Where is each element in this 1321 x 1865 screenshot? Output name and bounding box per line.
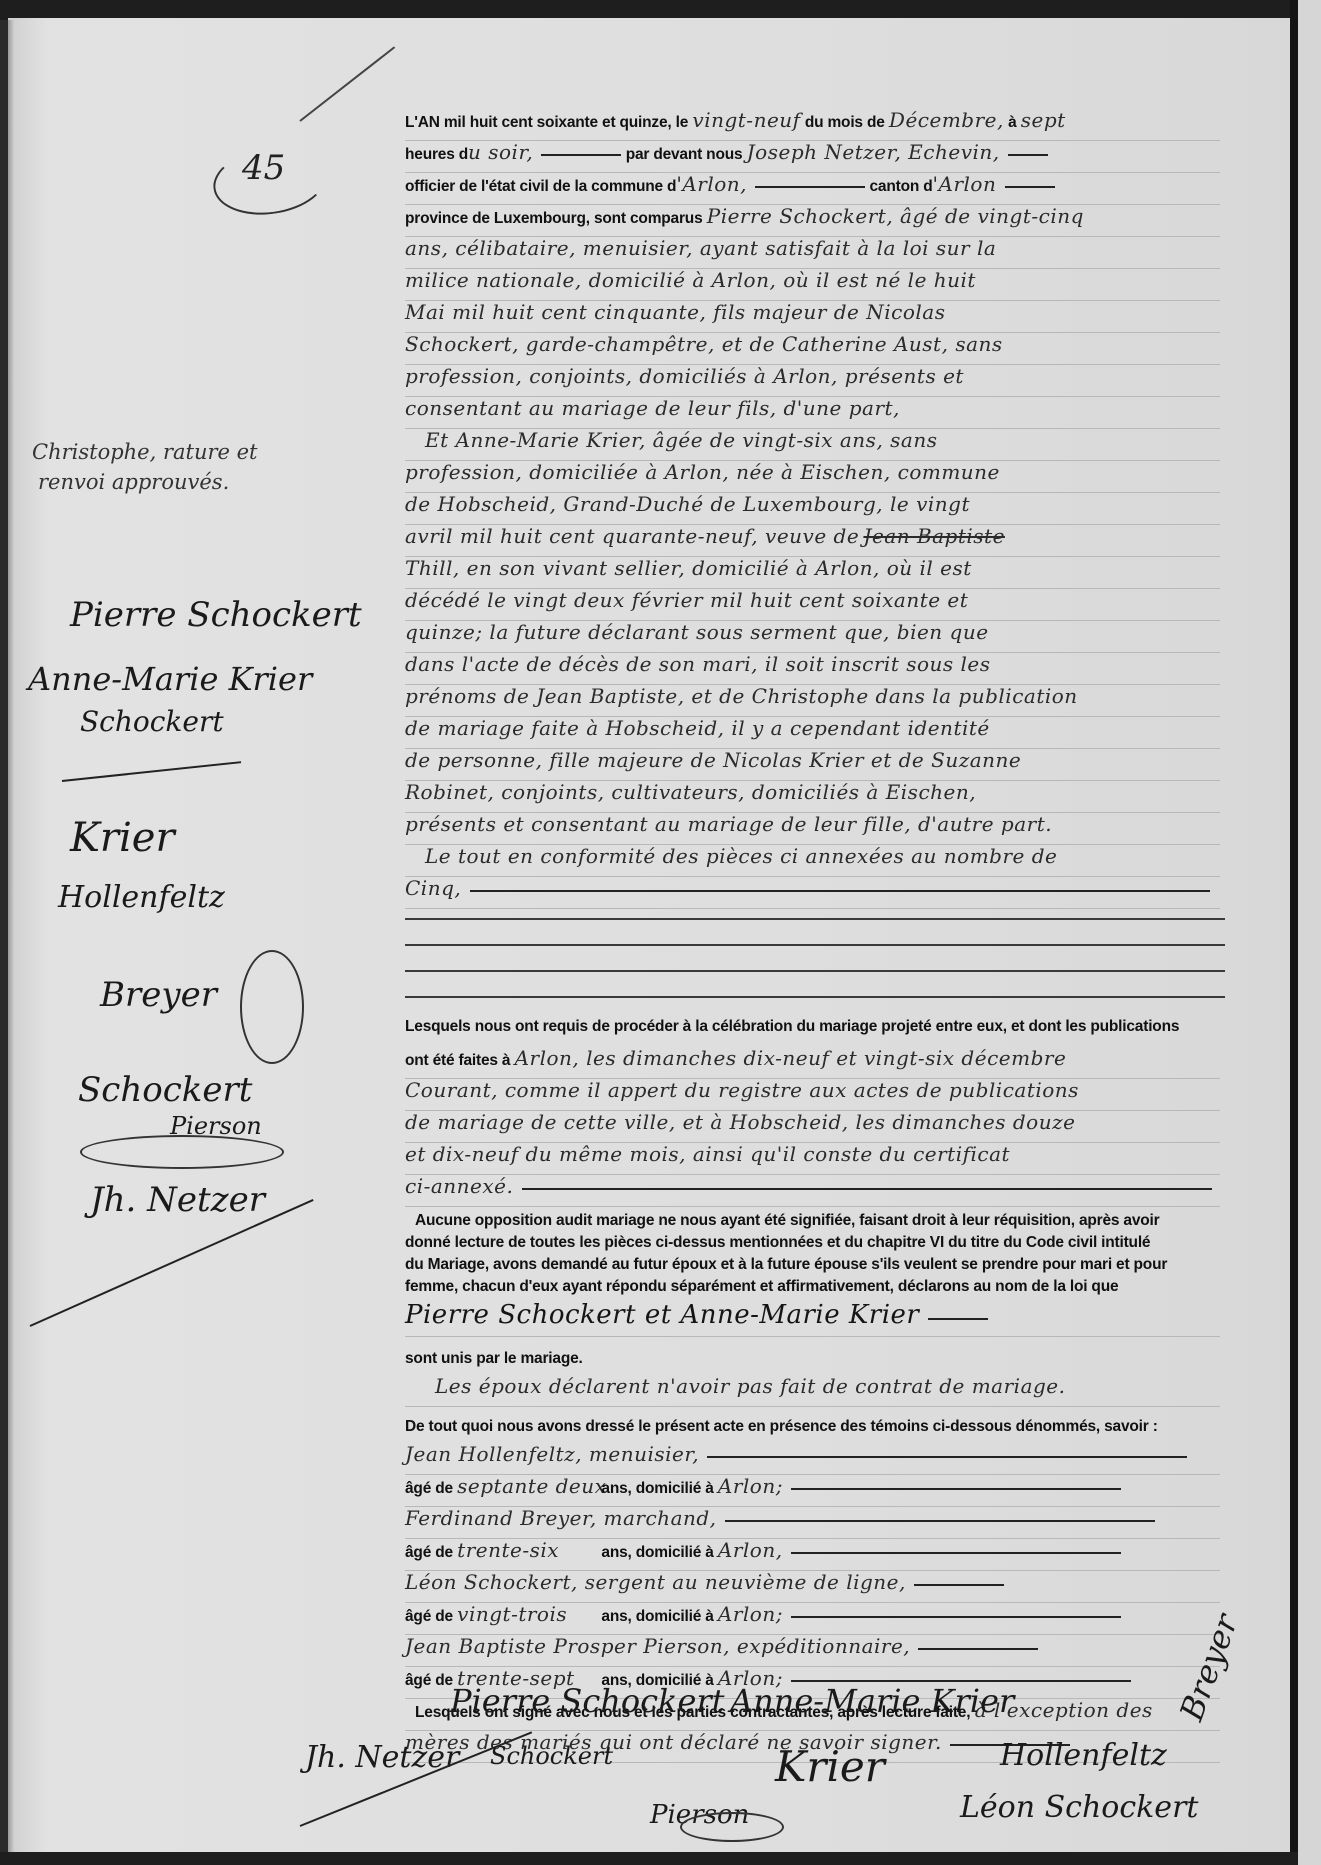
signature-loop <box>80 1135 284 1169</box>
body-line: milice nationale, domicilié à Arlon, où … <box>405 268 1220 301</box>
body-line: dans l'acte de décès de son mari, il soi… <box>405 652 1220 685</box>
declaration-printed: du Mariage, avons demandé au futur époux… <box>405 1256 1220 1278</box>
witness-age: vingt-trois <box>457 1602 597 1626</box>
fill-rule <box>541 154 621 156</box>
canton-field: 'Arlon <box>933 172 997 196</box>
bottom-signature-krier: Krier <box>775 1742 885 1791</box>
blank-rule <box>405 996 1225 998</box>
witness-age: trente-six <box>457 1538 597 1562</box>
fill-rule <box>918 1648 1038 1650</box>
bottom-signature-leon-schockert: Léon Schockert <box>960 1790 1198 1825</box>
scan-bottom-edge <box>0 1852 1298 1865</box>
witness-domicile: Arlon; <box>718 1474 783 1498</box>
day-field: vingt-neuf <box>692 108 800 132</box>
body-line: Le tout en conformité des pièces ci anne… <box>405 844 1220 877</box>
publications-line: Courant, comme il appert du registre aux… <box>405 1078 1220 1111</box>
header-line-4: province de Luxembourg, sont comparus Pi… <box>405 204 1220 237</box>
blank-rule <box>405 944 1225 946</box>
body-line-with-strike: avril mil huit cent quarante-neuf, veuve… <box>405 524 1220 557</box>
fill-rule <box>470 890 1210 892</box>
declaration-printed: Aucune opposition audit mariage ne nous … <box>405 1212 1220 1234</box>
signature-hollenfeltz: Hollenfeltz <box>58 880 225 915</box>
fill-rule <box>928 1318 988 1320</box>
signature-schockert: Schockert <box>80 705 224 738</box>
witness-2-age-line: âgé de trente-six ans, domicilié à Arlon… <box>405 1538 1220 1571</box>
publications-line: de mariage de cette ville, et à Hobschei… <box>405 1110 1220 1143</box>
signature-groom: Pierre Schockert <box>70 595 362 635</box>
witnesses-intro: De tout quoi nous avons dressé le présen… <box>405 1418 1220 1442</box>
body-line: de Hobscheid, Grand-Duché de Luxembourg,… <box>405 492 1220 525</box>
binding-edge <box>8 20 14 1860</box>
fill-rule <box>791 1552 1121 1554</box>
page-gutter <box>1290 0 1298 1865</box>
witness-domicile: Arlon, <box>718 1538 783 1562</box>
signature-netzer: Jh. Netzer <box>90 1180 265 1220</box>
body-line: décédé le vingt deux février mil huit ce… <box>405 588 1220 621</box>
witness-3-age-line: âgé de vingt-trois ans, domicilié à Arlo… <box>405 1602 1220 1635</box>
fill-rule <box>725 1520 1155 1522</box>
signature-breyer: Breyer <box>100 975 217 1015</box>
signature-krier: Krier <box>70 815 175 861</box>
fill-rule <box>1008 154 1048 156</box>
header-line-2: heures du soir, par devant nous Joseph N… <box>405 140 1220 173</box>
hour-field: sept <box>1021 108 1066 132</box>
signature-loop <box>680 1812 784 1842</box>
united-text: sont unis par le mariage. <box>405 1350 1220 1374</box>
signature-bride: Anne-Marie Krier <box>28 660 312 698</box>
body-line: profession, domiciliée à Arlon, née à Ei… <box>405 460 1220 493</box>
header-line-1: L'AN mil huit cent soixante et quinze, l… <box>405 108 1220 141</box>
fill-rule <box>755 186 865 188</box>
body-line: Et Anne-Marie Krier, âgée de vingt-six a… <box>405 428 1220 461</box>
witness-name: Jean Baptiste Prosper Pierson, expéditio… <box>405 1634 910 1658</box>
body-line: prénoms de Jean Baptiste, et de Christop… <box>405 684 1220 717</box>
spouses-names: Pierre Schockert et Anne-Marie Krier <box>405 1300 919 1330</box>
publications-line: ci-annexé. <box>405 1174 1220 1207</box>
bottom-signature-schockert: Schockert <box>490 1742 613 1770</box>
blank-rule <box>405 970 1225 972</box>
groom-field: Pierre Schockert, âgé de vingt-cinq <box>707 204 1084 228</box>
act-number: 45 <box>242 148 285 188</box>
body-line: présents et consentant au mariage de leu… <box>405 812 1220 845</box>
witness-age: septante deux <box>457 1474 597 1498</box>
witness-domicile: Arlon; <box>718 1602 783 1626</box>
scan-top-edge <box>0 0 1321 20</box>
struck-text: Jean Baptiste <box>863 524 1005 548</box>
witness-2-name-line: Ferdinand Breyer, marchand, <box>405 1506 1220 1539</box>
fill-rule <box>791 1616 1121 1618</box>
blank-rule <box>405 918 1225 920</box>
body-line: Cinq, <box>405 876 1220 909</box>
declaration-printed: donné lecture de toutes les pièces ci-de… <box>405 1234 1220 1256</box>
fill-rule <box>522 1188 1212 1190</box>
publications-line: ont été faites à Arlon, les dimanches di… <box>405 1046 1220 1079</box>
witness-4-name-line: Jean Baptiste Prosper Pierson, expéditio… <box>405 1634 1220 1667</box>
witness-3-name-line: Léon Schockert, sergent au neuvième de l… <box>405 1570 1220 1603</box>
body-line: consentant au mariage de leur fils, d'un… <box>405 396 1220 429</box>
body-line: de mariage faite à Hobscheid, il y a cep… <box>405 716 1220 749</box>
declaration-printed: femme, chacun d'eux ayant répondu séparé… <box>405 1278 1220 1300</box>
signature-loop <box>240 950 304 1064</box>
commune-field: 'Arlon, <box>676 172 747 196</box>
facing-page-edge <box>1298 0 1321 1865</box>
spouses-line: Pierre Schockert et Anne-Marie Krier <box>405 1300 1220 1337</box>
body-line: Mai mil huit cent cinquante, fils majeur… <box>405 300 1220 333</box>
witness-name: Ferdinand Breyer, marchand, <box>405 1506 717 1530</box>
time-of-day-field: u soir, <box>468 140 533 164</box>
fill-rule <box>707 1456 1187 1458</box>
header-line-3: officier de l'état civil de la commune d… <box>405 172 1220 205</box>
contract-note: Les époux déclarent n'avoir pas fait de … <box>405 1374 1220 1407</box>
month-field: Décembre, <box>889 108 1004 132</box>
bottom-signature-groom: Pierre Schockert <box>450 1682 725 1720</box>
bottom-signature-hollenfeltz: Hollenfeltz <box>1000 1738 1167 1773</box>
witness-1-name-line: Jean Hollenfeltz, menuisier, <box>405 1442 1220 1475</box>
margin-note-line-1: Christophe, rature et <box>32 440 257 464</box>
body-line: quinze; la future déclarant sous serment… <box>405 620 1220 653</box>
witness-name: Léon Schockert, sergent au neuvième de l… <box>405 1570 906 1594</box>
officer-field: Joseph Netzer, Echevin, <box>747 140 1000 164</box>
witness-1-age-line: âgé de septante deux ans, domicilié à Ar… <box>405 1474 1220 1507</box>
body-line: ans, célibataire, menuisier, ayant satis… <box>405 236 1220 269</box>
body-line: profession, conjoints, domiciliés à Arlo… <box>405 364 1220 397</box>
publications-line: et dix-neuf du même mois, ainsi qu'il co… <box>405 1142 1220 1175</box>
body-line: Robinet, conjoints, cultivateurs, domici… <box>405 780 1220 813</box>
margin-note-line-2: renvoi approuvés. <box>38 470 229 494</box>
bottom-signature-bride: Anne-Marie Krier <box>730 1682 1014 1720</box>
fill-rule <box>791 1488 1121 1490</box>
fill-rule <box>914 1584 1004 1586</box>
fill-rule <box>1005 186 1055 188</box>
body-line: Schockert, garde-champêtre, et de Cather… <box>405 332 1220 365</box>
witness-name: Jean Hollenfeltz, menuisier, <box>405 1442 699 1466</box>
signature-schockert-2: Schockert <box>78 1070 252 1110</box>
body-line: de personne, fille majeure de Nicolas Kr… <box>405 748 1220 781</box>
body-line: Thill, en son vivant sellier, domicilié … <box>405 556 1220 589</box>
